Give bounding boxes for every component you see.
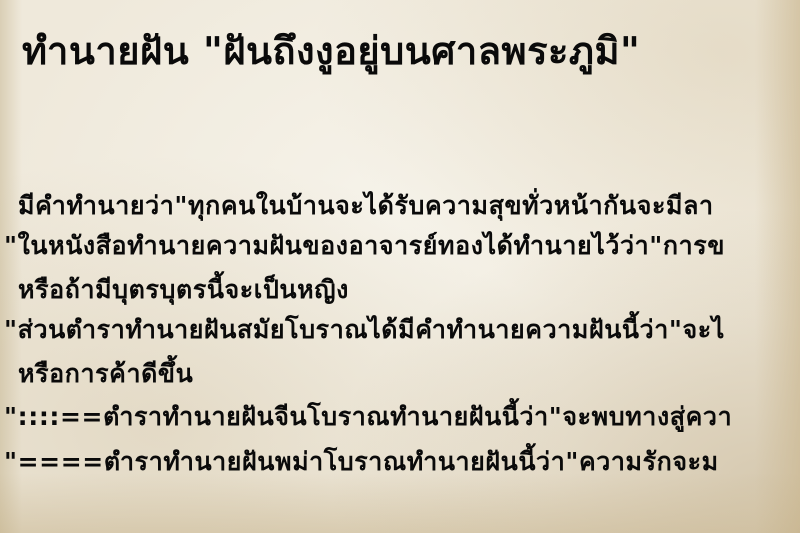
text-line-1: มีคำทำนายว่า"ทุกคนในบ้านจะได้รับความสุขท…: [18, 186, 714, 226]
clipped-text-line: [0, 522, 800, 533]
text-line-5: หรือการค้าดีขึ้น: [18, 354, 193, 394]
text-line-2: "ในหนังสือทำนายความฝันของอาจารย์ทองได้ทำ…: [4, 226, 725, 266]
paper-edge-right: [755, 0, 800, 533]
text-line-4: "ส่วนตำราทำนายฝันสมัยโบราณได้มีคำทำนายคว…: [4, 310, 725, 350]
text-line-6: "::::==ตำราทำนายฝันจีนโบราณทำนายฝันนี้ว่…: [4, 397, 732, 437]
text-line-7: "====ตำราทำนายฝันพม่าโบราณทำนายฝันนี้ว่า…: [4, 442, 719, 482]
text-line-3: หรือถ้ามีบุตรบุตรนี้จะเป็นหญิง: [18, 270, 349, 310]
page-title: ทำนายฝัน "ฝันถึงงูอยู่บนศาลพระภูมิ": [22, 20, 640, 81]
